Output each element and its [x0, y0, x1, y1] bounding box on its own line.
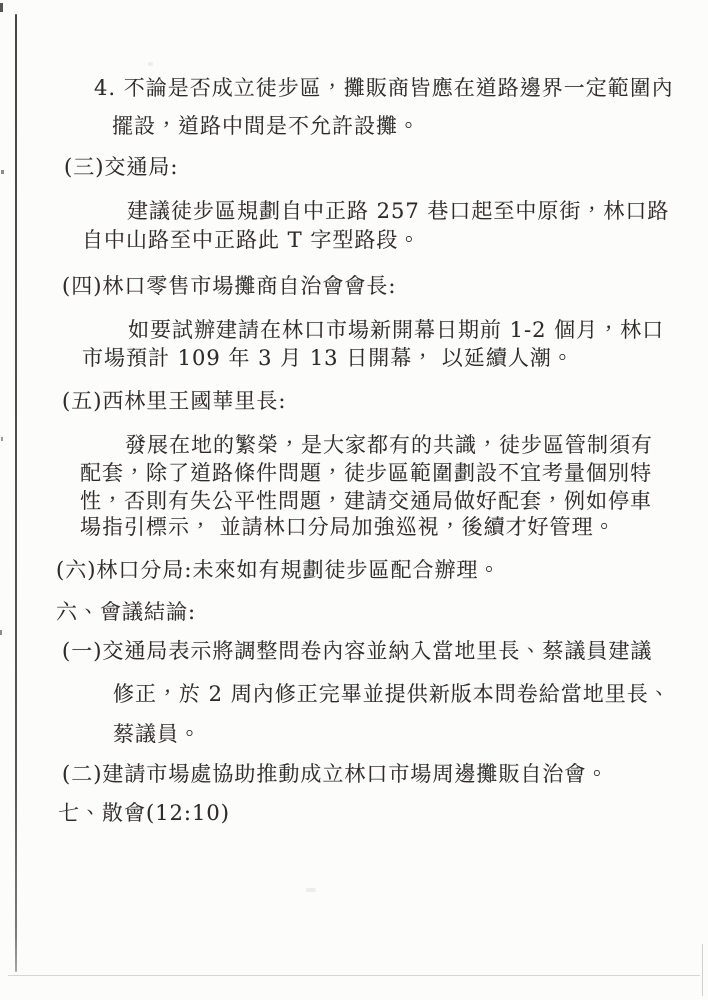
scan-smudge — [148, 62, 153, 66]
text-line-section-4-body: 如要試辦建請在林口市場新開幕日期前 1-2 個月，林口 — [128, 318, 664, 343]
text-line-section-5-body: 發展在地的繁榮，是大家都有的共識，徒步區管制須有 — [125, 433, 653, 458]
text-line-section-4-heading: (四)林口零售市場攤商自治會會長: — [62, 274, 396, 299]
scan-smudge — [306, 888, 316, 892]
scanned-document-page: 4. 不論是否成立徒步區，攤販商皆應在道路邊界一定範圍內 擺設，道路中間是不允許… — [0, 0, 708, 1000]
text-line-section-5-body-cont: 場指引標示， 並請林口分局加強巡視，後續才好管理。 — [80, 515, 616, 540]
scan-edge-line-right — [702, 944, 703, 996]
text-line-section-3-heading: (三)交通局: — [64, 155, 178, 180]
text-line-conclusion-1-cont: 蔡議員。 — [113, 722, 201, 747]
text-line-item-4: 4. 不論是否成立徒步區，攤販商皆應在道路邊界一定範圍內 — [94, 76, 674, 101]
scan-speck — [1, 170, 4, 174]
text-line-section-5-body-cont: 性，否則有失公平性問題，建請交通局做好配套，例如停車 — [80, 489, 652, 514]
text-line-conclusion-1-cont: 修正，於 2 周內修正完畢並提供新版本問卷給當地里長、 — [113, 682, 671, 707]
scan-speck — [0, 3, 3, 12]
text-line-section-4-body-cont: 市場預計 109 年 3 月 13 日開幕， 以延續人潮。 — [82, 346, 574, 371]
text-line-section-6: (六)林口分局:未來如有規劃徒步區配合辦理。 — [56, 558, 500, 583]
scan-speck — [0, 630, 2, 635]
text-line-adjournment: 七、散會(12:10) — [58, 801, 230, 826]
scan-edge-line-left — [15, 14, 17, 972]
scan-edge-line-bottom — [8, 975, 700, 976]
text-line-conclusion-1: (一)交通局表示將調整問卷內容並納入當地里長、蔡議員建議 — [62, 639, 652, 664]
text-line-item-4-cont: 擺設，道路中間是不允許設攤。 — [112, 114, 420, 139]
text-line-conclusions-heading: 六、會議結論: — [56, 600, 196, 625]
scan-speck — [1, 437, 3, 441]
text-line-section-5-body-cont: 配套，除了道路條件問題，徒步區範圍劃設不宜考量個別特 — [80, 461, 652, 486]
text-line-conclusion-2: (二)建請市場處協助推動成立林口市場周邊攤販自治會。 — [62, 762, 608, 787]
text-line-section-3-body: 建議徒步區規劃自中正路 257 巷口起至中原街，林口路 — [127, 199, 669, 224]
text-line-section-3-body-cont: 自中山路至中正路此 T 字型路段。 — [82, 228, 420, 253]
text-line-section-5-heading: (五)西林里王國華里長: — [62, 389, 286, 414]
